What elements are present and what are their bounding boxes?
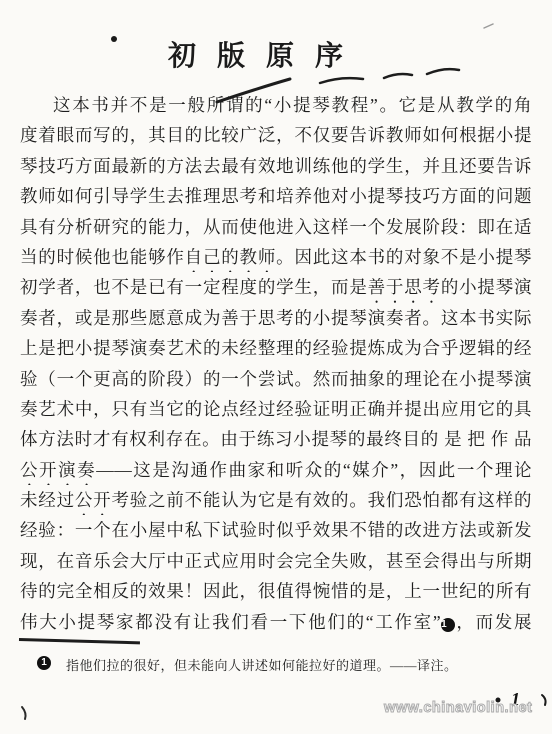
text-segment: 。因此这本书的对象不是小提琴 <box>276 247 532 267</box>
body-text: 这本书并不是一般所谓的“小提琴教程”。它是从教学的角度着眼而写的，其目的比较广泛… <box>20 90 532 637</box>
text-line: 度着眼而写的，其目的比较广泛，不仅要告诉教师如何根据小提 <box>20 120 532 150</box>
pen-dash-mark-icon <box>384 74 412 78</box>
text-segment: 的小提琴演 <box>441 277 532 297</box>
text-segment: 这本书并不是一般所谓的“小提琴教程”。它是从教学的角 <box>53 95 532 115</box>
text-segment: 具有分析研究的能力，从而使他进入这样一个发展阶段：即在适 <box>20 217 532 237</box>
ink-comma-mark-icon <box>542 695 546 705</box>
text-line: 奏艺术中，只有当它的论点经过经验证明正确并提出应用它的具 <box>20 394 532 424</box>
text-line: 初学者，也不是已有一定程度的学生，而是善于思考的小提琴演 <box>20 272 532 302</box>
emphasized-text: 公开 <box>75 490 112 510</box>
text-segment: 待的完全相反的效果！因此，很值得惋惜的是，上一世纪的所有的 <box>20 581 532 606</box>
text-segment: 教师如何引导学生去推理思考和培养他对小提琴技巧方面的问题 <box>20 186 532 206</box>
emphasized-text: 公开演奏 <box>20 460 96 480</box>
text-line: 上是把小提琴演奏艺术的未经整理的经验提炼成为合乎逻辑的经 <box>20 333 532 363</box>
text-segment: 初学者，也不是已有一定程度的学生，而是 <box>20 277 368 297</box>
text-line: 当的时候他也能够作自己的教师。因此这本书的对象不是小提琴 <box>20 242 532 272</box>
footnote: 1 指他们拉的很好，但未能向人讲述如何能拉好的道理。——译注。 <box>37 655 517 674</box>
text-segment: 伟大小提琴家都没有让我们看一下他们的“工作室” <box>20 612 441 632</box>
text-line: 验（一个更高的阶段）的一个尝试。然而抽象的理论在小提琴演 <box>20 364 532 394</box>
text-segment: 上是把小提琴演奏艺术的未经整理的经验提炼成为合乎逻辑的经 <box>20 338 532 358</box>
pen-comma-mark-icon <box>22 707 26 719</box>
emphasized-text: 自己的教师 <box>185 247 276 267</box>
text-line: 琴技巧方面最新的方法去最有效地训练他的学生，并且还要告诉 <box>20 151 532 181</box>
text-segment: ——这是沟通作曲家和听众的“媒介”，因此一个理论 <box>96 460 532 480</box>
text-segment: 奏艺术中，只有当它的论点经过经验证明正确并提出应用它的具 <box>20 399 532 419</box>
faint-scratch-mark-icon <box>484 24 493 28</box>
text-line: 未经过公开考验之前不能认为它是有效的。我们恐怕都有这样的 <box>20 485 532 515</box>
text-line: 这本书并不是一般所谓的“小提琴教程”。它是从教学的角 <box>20 90 532 120</box>
text-segment: 经验：一个在小屋中私下试验时似乎效果不错的改进方法或新发 <box>20 520 532 540</box>
text-line: 待的完全相反的效果！因此，很值得惋惜的是，上一世纪的所有的 <box>20 576 532 606</box>
text-line: 伟大小提琴家都没有让我们看一下他们的“工作室”1，而发展 <box>20 607 532 637</box>
footnote-ref-icon: 1 <box>441 618 455 632</box>
footnote-marker-icon: 1 <box>37 656 51 670</box>
scanned-book-page: 初版原序 这本书并不是一般所谓的“小提琴教程”。它是从教学的角度着眼而写的，其目… <box>0 0 552 734</box>
text-line: 具有分析研究的能力，从而使他进入这样一个发展阶段：即在适 <box>20 212 532 242</box>
text-segment: ，而发展 <box>455 612 532 632</box>
text-segment: 考验之前不能认为它是有效的。我们恐怕都有这样的 <box>111 490 532 510</box>
text-line: 教师如何引导学生去推理思考和培养他对小提琴技巧方面的问题 <box>20 181 532 211</box>
text-segment: 未经过 <box>20 490 75 510</box>
text-segment: 体方法时才有权利存在。由于练习小提琴的最终目的 是 把 作 品 <box>20 429 532 449</box>
emphasized-text: 善于思考 <box>368 277 441 297</box>
footnote-divider <box>19 638 140 644</box>
watermark-text: www.chinaviolin.net <box>384 700 532 716</box>
footnote-text: 指他们拉的很好，但未能向人讲述如何能拉好的道理。——译注。 <box>66 655 458 674</box>
text-segment: 奏者，或是那些愿意成为善于思考的小提琴演奏者。这本书实际 <box>20 308 532 328</box>
text-segment: 现，在音乐会大厅中正式应用时会完全失败，甚至会得出与所期 <box>20 551 532 571</box>
text-line: 公开演奏——这是沟通作曲家和听众的“媒介”，因此一个理论 <box>20 455 532 485</box>
text-line: 现，在音乐会大厅中正式应用时会完全失败，甚至会得出与所期 <box>20 546 532 576</box>
text-line: 奏者，或是那些愿意成为善于思考的小提琴演奏者。这本书实际 <box>20 303 532 333</box>
text-segment: 度着眼而写的，其目的比较广泛，不仅要告诉教师如何根据小提 <box>20 125 532 145</box>
text-line: 体方法时才有权利存在。由于练习小提琴的最终目的 是 把 作 品 <box>20 424 532 454</box>
text-line: 经验：一个在小屋中私下试验时似乎效果不错的改进方法或新发 <box>20 515 532 545</box>
text-segment: 琴技巧方面最新的方法去最有效地训练他的学生，并且还要告诉 <box>20 156 532 176</box>
pen-dash-mark-icon <box>320 78 363 83</box>
page-title: 初版原序 <box>0 34 542 74</box>
text-segment: 验（一个更高的阶段）的一个尝试。然而抽象的理论在小提琴演 <box>20 369 532 389</box>
text-segment: 当的时候他也能够作 <box>20 247 185 267</box>
